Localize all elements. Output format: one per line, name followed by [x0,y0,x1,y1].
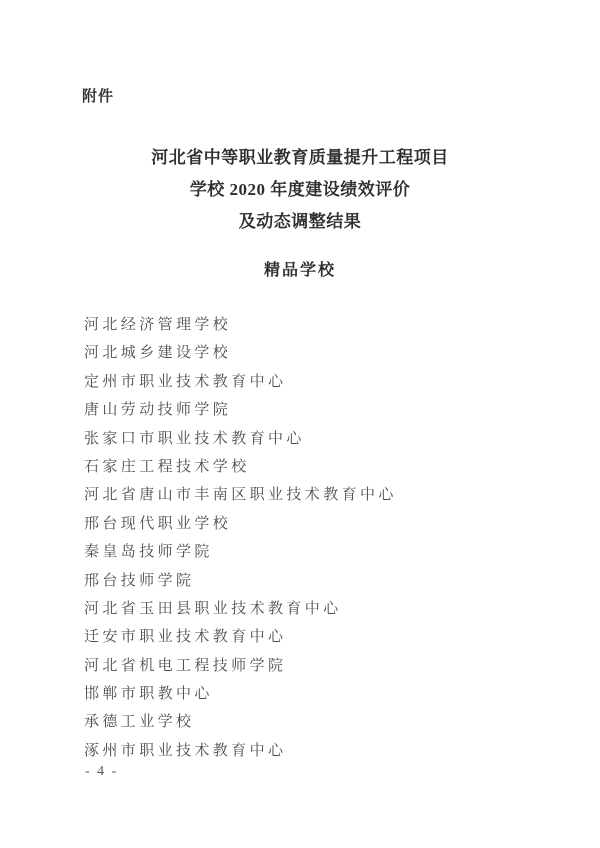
school-list-item: 邯郸市职教中心 [84,680,397,708]
document-page: 附件 河北省中等职业教育质量提升工程项目 学校 2020 年度建设绩效评价 及动… [0,0,600,848]
document-title-line-3: 及动态调整结果 [0,206,600,238]
school-list-item: 邢台现代职业学校 [84,510,397,538]
school-list-item: 唐山劳动技师学院 [84,396,397,424]
page-number: - 4 - [85,764,118,780]
school-list: 河北经济管理学校河北城乡建设学校定州市职业技术教育中心唐山劳动技师学院张家口市职… [84,311,397,765]
school-list-item: 承德工业学校 [84,708,397,736]
document-title-line-1: 河北省中等职业教育质量提升工程项目 [0,142,600,174]
school-list-item: 河北经济管理学校 [84,311,397,339]
school-list-item: 张家口市职业技术教育中心 [84,425,397,453]
document-title-line-2: 学校 2020 年度建设绩效评价 [0,174,600,206]
school-list-item: 河北省机电工程技师学院 [84,652,397,680]
school-list-item: 石家庄工程技术学校 [84,453,397,481]
school-list-item: 涿州市职业技术教育中心 [84,737,397,765]
school-list-item: 迁安市职业技术教育中心 [84,623,397,651]
attachment-label: 附件 [82,85,114,106]
school-list-item: 河北省玉田县职业技术教育中心 [84,595,397,623]
section-heading: 精品学校 [0,257,600,280]
school-list-item: 秦皇岛技师学院 [84,538,397,566]
school-list-item: 河北省唐山市丰南区职业技术教育中心 [84,481,397,509]
school-list-item: 定州市职业技术教育中心 [84,368,397,396]
school-list-item: 河北城乡建设学校 [84,339,397,367]
school-list-item: 邢台技师学院 [84,567,397,595]
document-title: 河北省中等职业教育质量提升工程项目 学校 2020 年度建设绩效评价 及动态调整… [0,142,600,238]
